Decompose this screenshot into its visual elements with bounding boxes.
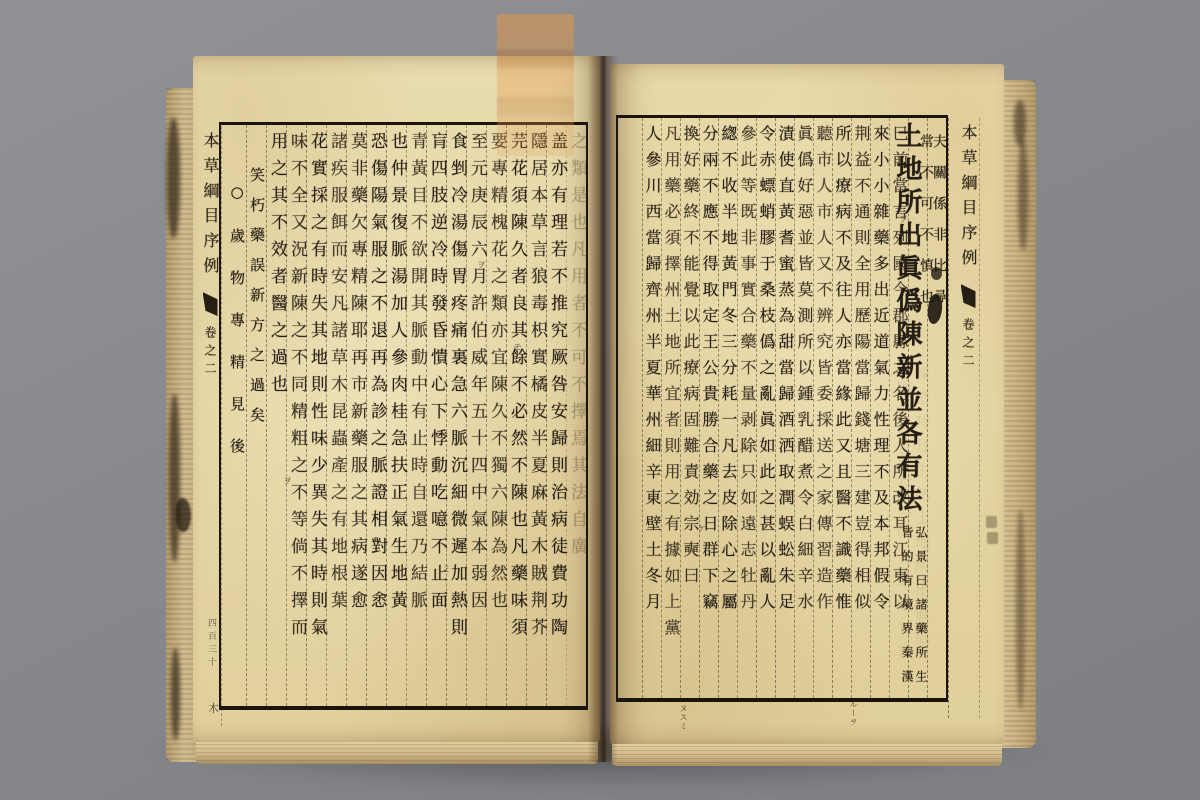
ink-smudge xyxy=(961,284,976,308)
margin-smudge xyxy=(987,532,998,544)
text-column: 芫花須陳久者良其餘不必然不陳也凡藥味須 xyxy=(506,125,526,706)
text-column: 要專精槐花之類亦宜陳久不獨六陳為然也 xyxy=(486,125,506,706)
text-column: 緫不收半地黃門冬三分耗一凡去皮除心之屬 xyxy=(718,118,737,698)
kunten-mark: ニ xyxy=(341,300,350,313)
folio-note: 四百三十 xyxy=(205,618,218,670)
book-gutter xyxy=(588,56,618,762)
page-stack-edge-right xyxy=(1000,80,1036,748)
bottom-page-stack-right xyxy=(612,742,1002,766)
text-column: 之類是也凡用者不可不擇焉其法自廣 xyxy=(566,125,586,706)
bleedthrough-text: 採造時月生熟土地所出眞僞 xyxy=(914,366,930,706)
kunten-mark: モ xyxy=(513,340,522,353)
text-column: 隱居本草言狼毒枳實橘皮半夏麻黃木賊荆芥 xyxy=(526,125,546,706)
text-column: 人參川西當歸齊州半夏華州細辛東壁土冬月 xyxy=(642,118,661,698)
ink-smudge xyxy=(203,292,218,316)
running-title-text: 本草綱目序例 xyxy=(959,118,978,274)
edge-wear-mark xyxy=(169,394,180,562)
gloss-mark: ルーヲ xyxy=(848,700,859,727)
kunten-mark: ニ xyxy=(843,338,852,351)
text-column: 來小小雜藥多出近道氣力性理不及本邦假令 xyxy=(870,118,889,698)
edge-wear-mark xyxy=(171,648,180,740)
left-page: 本草綱目序例卷之二 四百三十 木 之類是也凡用者不可不擇焉其法自廣盖亦有理若不推… xyxy=(193,56,600,742)
edge-wear-mark xyxy=(1014,100,1026,146)
kunten-mark: ミ xyxy=(442,562,451,575)
volume-label: 卷之二 xyxy=(961,318,975,372)
text-column: 荆益不通則全用歷陽當歸錢塘三建豈得相似 xyxy=(851,118,870,698)
gloss-mark: ヌスミ xyxy=(678,704,689,731)
text-column: 肓四肢逆冷時發昏憒心下悸動吃噫不止面 xyxy=(426,125,446,706)
kunten-mark: ス xyxy=(739,440,748,453)
volume-label: 卷之二 xyxy=(203,326,217,380)
margin-smudge xyxy=(986,516,997,528)
ink-blot xyxy=(931,267,942,280)
kunten-mark: ヲ xyxy=(477,258,486,271)
note-column: 笑朽藥誤新方之過矣 xyxy=(246,125,266,706)
text-column: 聽市人市人又不辨究皆委採送之家傳習造作 xyxy=(813,118,832,698)
paper-label xyxy=(497,14,574,156)
text-column: 食剉冷湯傷胃疼痛裏急六脈沉細微遲加熱則 xyxy=(446,125,466,706)
edge-wear-mark xyxy=(1018,140,1028,250)
text-column: 參此等既非事實合藥不量剥除只如遠志牡丹 xyxy=(737,118,756,698)
intro-note-line: 夫關係非比尋 xyxy=(933,118,946,698)
text-column: 分兩不應不得取定王公貴勝合藥之日群下竊 xyxy=(699,118,718,698)
running-title-right: 本草綱目序例卷之二 xyxy=(948,118,980,718)
text-column: 漬使直黃耆蜜蒸為甜當歸酒洒取潤蜈蚣朱足 xyxy=(775,118,794,698)
right-page: 本草綱目序例卷之二 夫關係非比尋 常不可不慎也 土地所出眞僞陳新並各有法弘景曰諸… xyxy=(610,64,1004,744)
text-column: 莫非藥欠專精陳耶再市新藥服之其病遂愈 xyxy=(346,125,366,706)
text-column: 換好藥終不能覺以此療病固難責効宗奭曰 xyxy=(680,118,699,698)
right-columns: 巳前當言列國今郡縣之名後人所改耳江東以來小小雜藥多出近道氣力性理不及本邦假令荆益… xyxy=(642,118,908,698)
text-column: 青黃目不欲開其脈動中有止時自還乃結脈 xyxy=(406,125,426,706)
left-text-frame: 之類是也凡用者不可不擇焉其法自廣盖亦有理若不推究厥咎安歸則治病徒費功陶隱居本草言… xyxy=(219,122,588,710)
left-columns: 之類是也凡用者不可不擇焉其法自廣盖亦有理若不推究厥咎安歸則治病徒費功陶隱居本草言… xyxy=(266,125,586,706)
kunten-mark: ヲ xyxy=(283,474,292,487)
corner-mark: 木 xyxy=(208,700,219,716)
kunten-mark: ケ xyxy=(697,522,706,535)
text-column: 味不全又況新陳之不同精粗之不等倘不擇而 xyxy=(286,125,306,706)
edge-wear-mark xyxy=(1016,510,1025,710)
kunten-mark: ヲ xyxy=(899,212,908,225)
text-column: 令赤螵蛸膠于桑枝僞之亂眞如此之甚以亂人 xyxy=(756,118,775,698)
text-column: 也仲景復脈湯加人參肉桂急扶正氣生地黃 xyxy=(386,125,406,706)
photo-scene: 本草綱目序例卷之二 四百三十 木 之類是也凡用者不可不擇焉其法自廣盖亦有理若不推… xyxy=(0,0,1200,800)
text-column: 盖亦有理若不推究厥咎安歸則治病徒費功陶 xyxy=(546,125,566,706)
text-column: 至元庚辰六月許伯威年五十四中氣本弱因 xyxy=(466,125,486,706)
bottom-page-stack-left xyxy=(196,740,598,764)
edge-wear-mark xyxy=(167,118,180,238)
text-column: 所以療病不及往人亦當緣此又且醫不識藥惟 xyxy=(832,118,851,698)
bleedthrough-text: 陳新並各有法藥有酸鹹甘苦 xyxy=(896,380,912,720)
text-column: 眞僞好惡並皆莫測所以鍾乳醋煮令白細辛水 xyxy=(794,118,813,698)
cross-reference-column: ○歲物專精見後 xyxy=(220,125,246,706)
text-column: 凡用藥必須擇州土地所宜者則用之有據如上黨 xyxy=(661,118,680,698)
text-column: 諸疾服餌而安凡諸草木昆蟲產之有地根葉 xyxy=(326,125,346,706)
text-column: 用之其不效者醫之過也 xyxy=(266,125,286,706)
text-column: 花實採之有時失其地則性味少異失其時則氣 xyxy=(306,125,326,706)
running-title-text: 本草綱目序例 xyxy=(201,126,220,282)
edge-ink-mark xyxy=(176,498,191,532)
text-column: 恐傷陽氣服之不退再為診之脈證相對因悆 xyxy=(366,125,386,706)
right-text-frame: 夫關係非比尋 常不可不慎也 土地所出眞僞陳新並各有法弘景曰諸藥所生皆的有境界秦漢… xyxy=(616,115,948,702)
kunten-mark: レ xyxy=(789,262,798,275)
